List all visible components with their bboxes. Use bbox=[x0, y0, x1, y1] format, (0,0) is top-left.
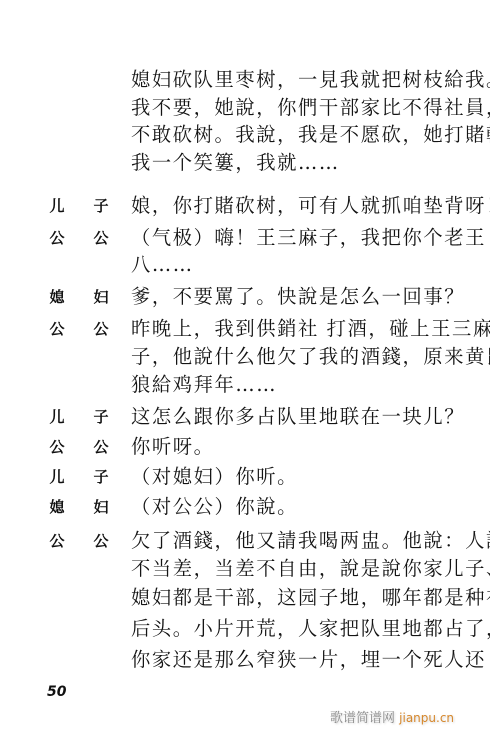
continuation-line: 后头。小片开荒，人家把队里地都占了， bbox=[0, 615, 490, 643]
continuation-line: 你家还是那么窄狭一片，埋一个死人还 bbox=[0, 646, 490, 674]
dialogue-line: 公公欠了酒錢，他又請我喝两盅。他說：人說 bbox=[0, 527, 490, 555]
line-text: 后头。小片开荒，人家把队里地都占了， bbox=[131, 615, 451, 643]
line-text: 八…… bbox=[131, 251, 451, 279]
continuation-line: 我不要，她說，你們干部家比不得社員， bbox=[0, 94, 490, 122]
continuation-line: 媳妇砍队里枣树，一見我就把树枝給我。 bbox=[0, 66, 490, 94]
continuation-line: 狼給鸡拜年…… bbox=[0, 371, 490, 399]
line-text: 我一个笶簍，我就…… bbox=[131, 149, 451, 177]
line-text: 欠了酒錢，他又請我喝两盅。他說：人說 bbox=[131, 527, 451, 555]
continuation-line: 媳妇都是干部，这园子地，哪年都是种在 bbox=[0, 584, 490, 612]
speaker-name-char-2: 公 bbox=[91, 437, 111, 457]
line-text: 娘，你打賭砍树，可有人就抓咱垫背呀！ bbox=[131, 192, 451, 220]
line-text: 媳妇砍队里枣树，一見我就把树枝給我。 bbox=[131, 66, 451, 94]
speaker-name-char-2: 公 bbox=[91, 319, 111, 339]
watermark-url: jianpu.cn bbox=[399, 711, 454, 725]
dialogue-line: 儿子娘，你打賭砍树，可有人就抓咱垫背呀！ bbox=[0, 192, 490, 220]
dialogue-line: 媳妇（对公公）你說。 bbox=[0, 493, 490, 521]
continuation-line: 不敢砍树。我說，我是不愿砍，她打賭輸 bbox=[0, 121, 490, 149]
dialogue-line: 公公你听呀。 bbox=[0, 433, 490, 461]
line-text: （气极）嗨！王三麻子，我把你个老王 bbox=[131, 224, 451, 252]
continuation-line: 不当差，当差不自由，說是說你家儿子、 bbox=[0, 555, 490, 583]
speaker-name-char-2: 公 bbox=[91, 228, 111, 248]
line-text: 我不要，她說，你們干部家比不得社員， bbox=[131, 94, 451, 122]
line-text: 不敢砍树。我說，我是不愿砍，她打賭輸 bbox=[131, 121, 451, 149]
line-text: 媳妇都是干部，这园子地，哪年都是种在 bbox=[131, 584, 451, 612]
line-text: 昨晚上，我到供銷社 打酒，碰上王三麻 bbox=[131, 315, 451, 343]
continuation-line: 八…… bbox=[0, 251, 490, 279]
speaker-name-char-1: 儿 bbox=[47, 467, 67, 487]
document-page: 媳妇砍队里枣树，一見我就把树枝給我。我不要，她說，你們干部家比不得社員，不敢砍树… bbox=[0, 0, 490, 735]
speaker-name-char-2: 子 bbox=[91, 407, 111, 427]
speaker-name-char-2: 妇 bbox=[91, 497, 111, 517]
dialogue-line: 公公（气极）嗨！王三麻子，我把你个老王 bbox=[0, 224, 490, 252]
speaker-name-char-1: 儿 bbox=[47, 196, 67, 216]
continuation-line: 我一个笶簍，我就…… bbox=[0, 149, 490, 177]
speaker-name-char-1: 公 bbox=[47, 319, 67, 339]
line-text: （对公公）你說。 bbox=[131, 493, 451, 521]
line-text: 你家还是那么窄狭一片，埋一个死人还 bbox=[131, 646, 451, 674]
line-text: 子，他說什么他欠了我的酒錢，原来黄鼠 bbox=[131, 343, 451, 371]
speaker-name-char-1: 公 bbox=[47, 531, 67, 551]
speaker-name-char-2: 子 bbox=[91, 467, 111, 487]
watermark: 歌谱简谱网 jianpu.cn bbox=[330, 707, 454, 726]
dialogue-line: 儿子（对媳妇）你听。 bbox=[0, 463, 490, 491]
line-text: 不当差，当差不自由，說是說你家儿子、 bbox=[131, 555, 451, 583]
line-text: 你听呀。 bbox=[131, 433, 451, 461]
speaker-name-char-1: 公 bbox=[47, 437, 67, 457]
dialogue-line: 儿子这怎么跟你多占队里地联在一块儿？ bbox=[0, 403, 490, 431]
continuation-line: 子，他說什么他欠了我的酒錢，原来黄鼠 bbox=[0, 343, 490, 371]
page-number: 50 bbox=[47, 684, 66, 700]
line-text: 爹，不要罵了。快說是怎么一回事？ bbox=[131, 283, 451, 311]
line-text: （对媳妇）你听。 bbox=[131, 463, 451, 491]
line-text: 这怎么跟你多占队里地联在一块儿？ bbox=[131, 403, 451, 431]
speaker-name-char-2: 公 bbox=[91, 531, 111, 551]
speaker-name-char-1: 公 bbox=[47, 228, 67, 248]
watermark-site-name: 歌谱简谱网 bbox=[330, 711, 395, 726]
speaker-name-char-2: 妇 bbox=[91, 287, 111, 307]
dialogue-line: 公公昨晚上，我到供銷社 打酒，碰上王三麻 bbox=[0, 315, 490, 343]
line-text: 狼給鸡拜年…… bbox=[131, 371, 451, 399]
speaker-name-char-1: 媳 bbox=[47, 287, 67, 307]
speaker-name-char-1: 儿 bbox=[47, 407, 67, 427]
speaker-name-char-2: 子 bbox=[91, 196, 111, 216]
speaker-name-char-1: 媳 bbox=[47, 497, 67, 517]
dialogue-line: 媳妇爹，不要罵了。快說是怎么一回事？ bbox=[0, 283, 490, 311]
